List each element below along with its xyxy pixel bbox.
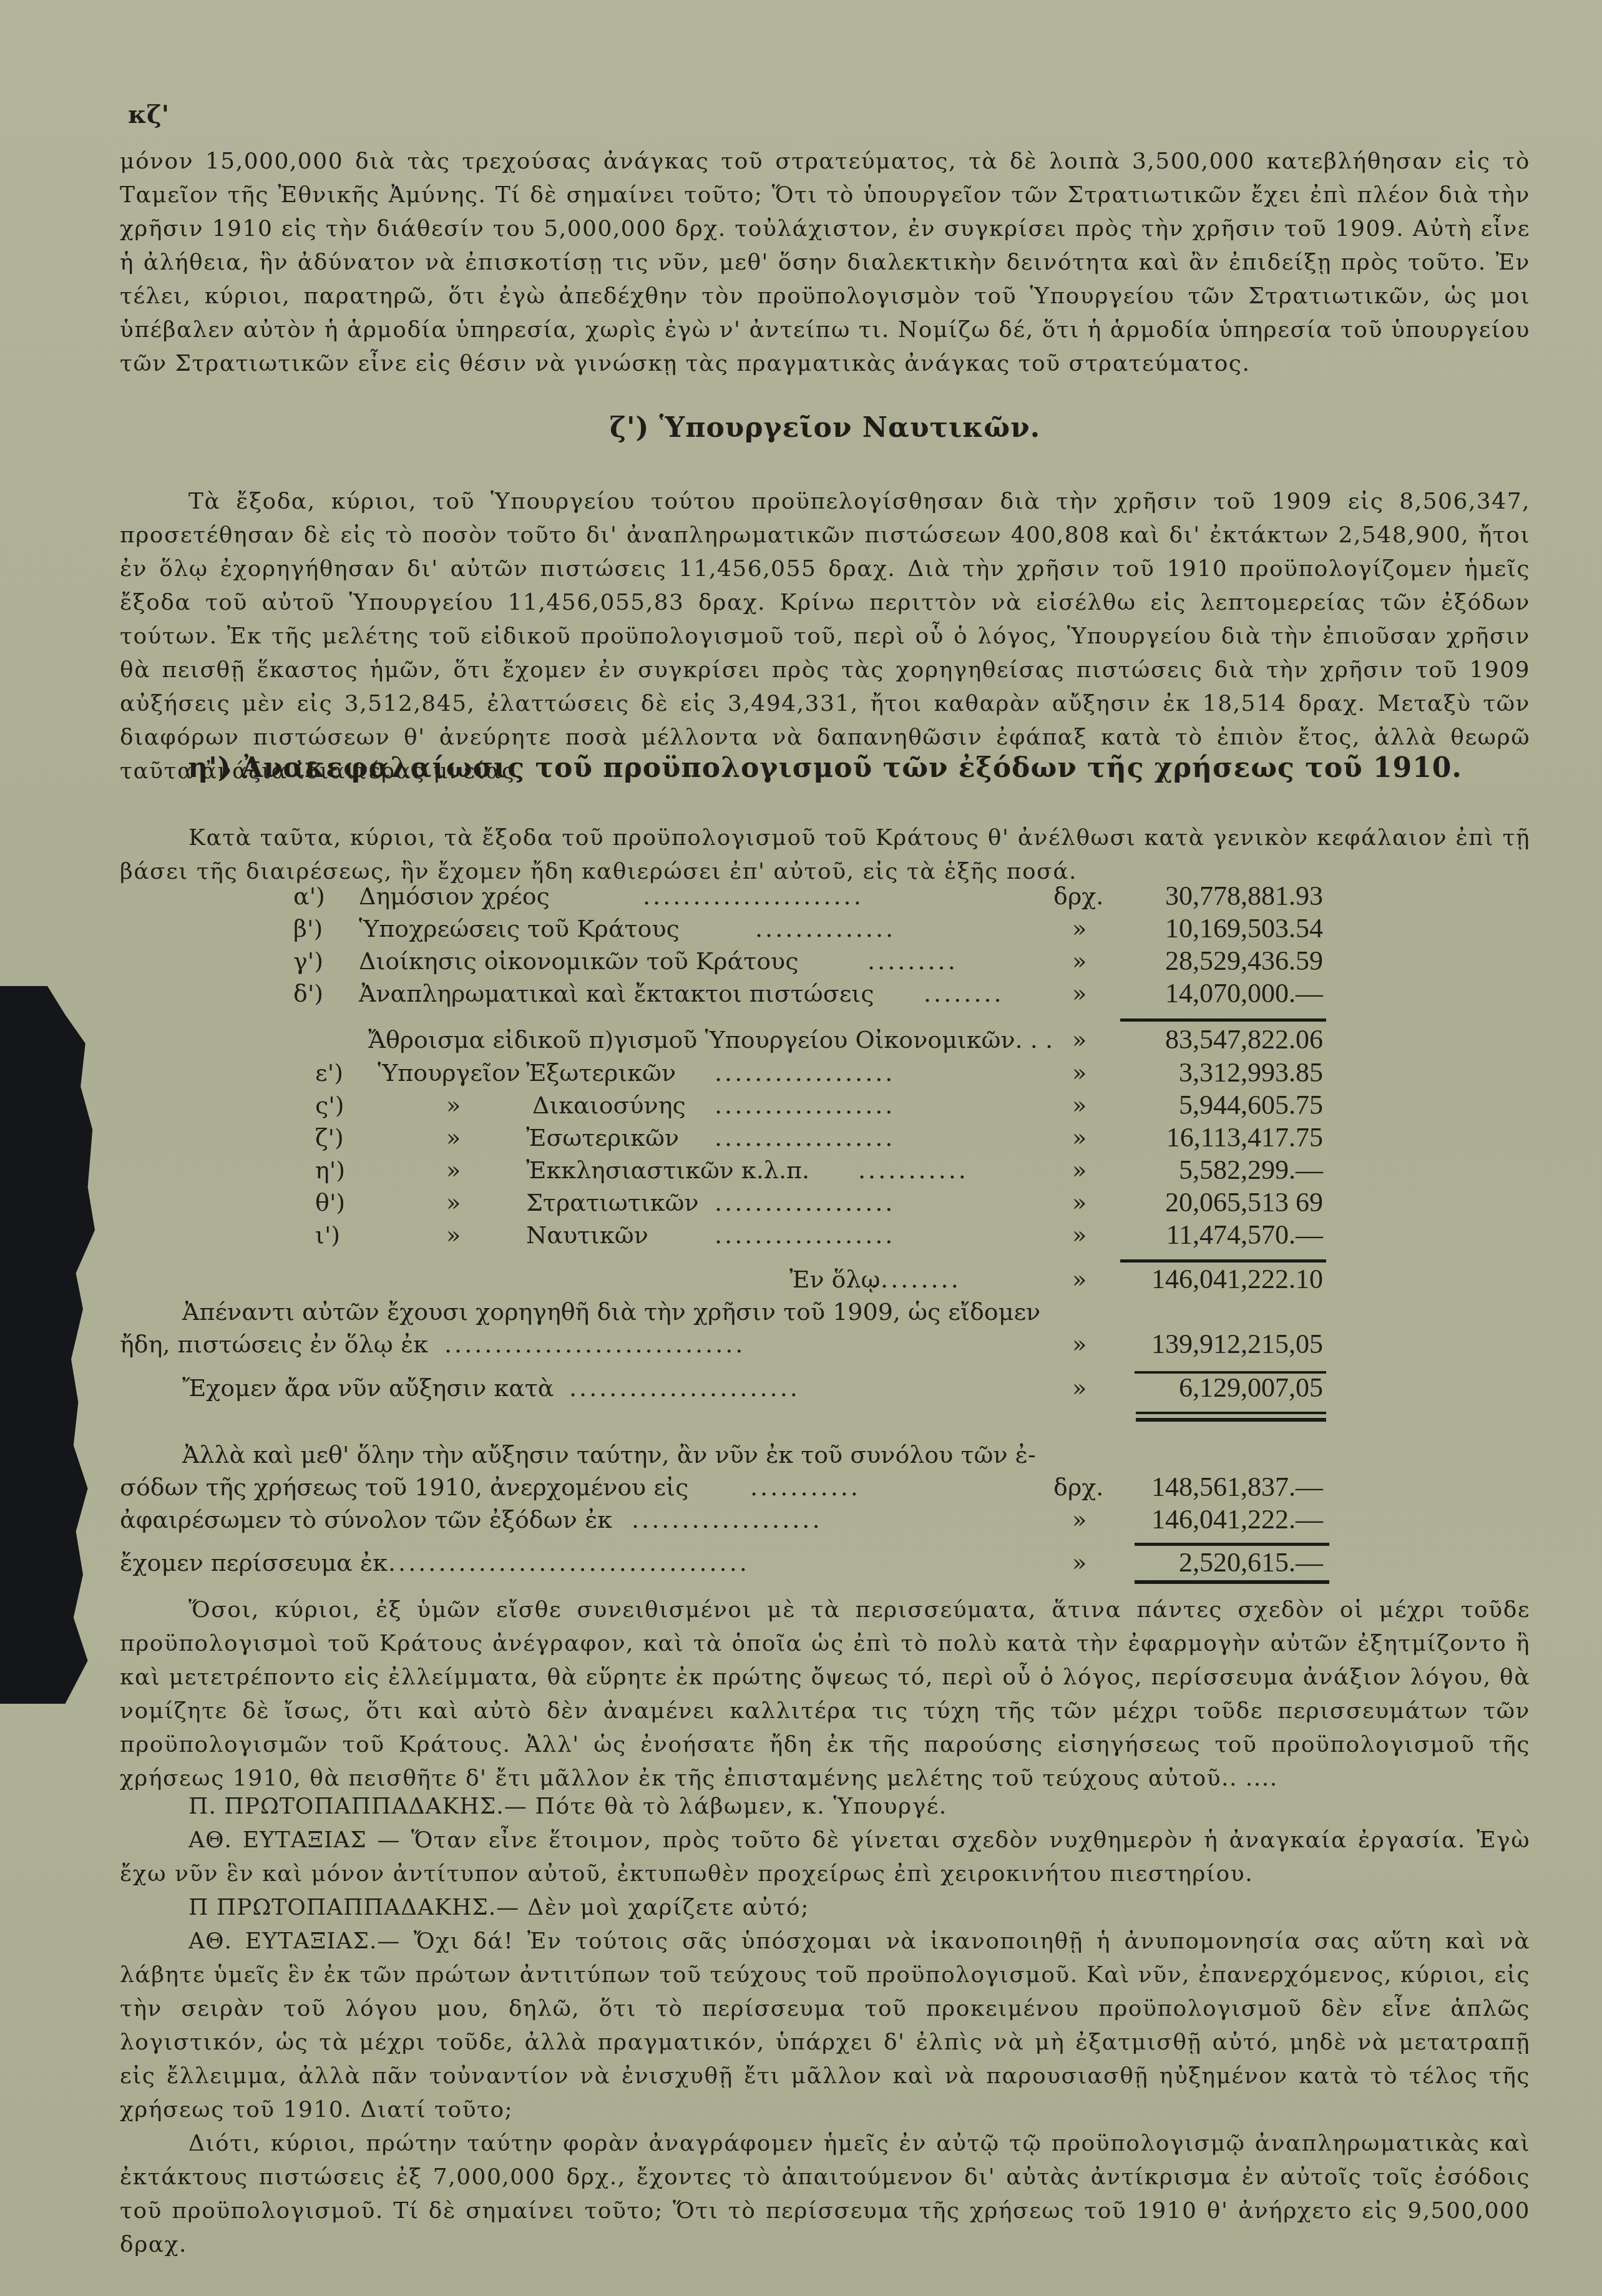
row-amount: 16,113,417.75 — [1117, 1121, 1323, 1154]
row-name: ἔχομεν περίσσευμα ἐκ — [120, 1546, 388, 1579]
row-unit: » — [1072, 1121, 1087, 1154]
dialogue-text: Ὄχι δά! Ἐν τούτοις σᾶς ὑπόσχομαι νὰ ἱκαν… — [120, 1928, 1530, 2123]
leader-dots: ...................... — [643, 880, 864, 912]
dialogue-text: Πότε θὰ τὸ λάβωμεν, κ. Ὑπουργέ. — [535, 1794, 947, 1819]
row-amount: 2,520,615.— — [1117, 1546, 1323, 1579]
row-unit: δρχ. — [1053, 1471, 1103, 1503]
row-unit: » — [1072, 945, 1087, 977]
row-amount: 10,169,503.54 — [1117, 912, 1323, 945]
row-unit: δρχ. — [1053, 880, 1103, 912]
row-label: α') — [293, 880, 325, 912]
row-amount: 30,778,881.93 — [1117, 880, 1323, 912]
leader-dots: .................. — [715, 1186, 895, 1219]
closing-paragraph: Ὅσοι, κύριοι, ἐξ ὑμῶν εἴσθε συνειθισμένο… — [120, 1593, 1530, 1795]
row-amount: 83,547,822.06 — [1117, 1023, 1323, 1056]
double-rule-top — [1136, 1412, 1326, 1414]
intro-paragraph: μόνον 15,000,000 διὰ τὰς τρεχούσας ἀνάγκ… — [120, 145, 1530, 381]
row-amount: 146,041,222.10 — [1117, 1263, 1323, 1296]
row-name: Ἔχομεν ἄρα νῦν αὔξησιν κατὰ — [182, 1372, 554, 1404]
row-prefix: » — [446, 1089, 461, 1121]
naval-paragraph: Τὰ ἔξοδα, κύριοι, τοῦ Ὑπουργείου τούτου … — [120, 485, 1530, 788]
leader-dots: ......... — [871, 1263, 961, 1296]
row-name: Ἐσωτερικῶν — [526, 1121, 679, 1154]
row-amount: 20,065,513 69 — [1117, 1186, 1323, 1219]
surplus-rule — [1135, 1543, 1329, 1546]
row-prefix: » — [446, 1154, 461, 1186]
row-amount: 28,529,436.59 — [1117, 945, 1323, 977]
row-unit: » — [1072, 1057, 1087, 1089]
row-name: Διοίκησις οἰκονομικῶν τοῦ Κράτους — [359, 945, 798, 977]
leader-dots: .................. — [715, 1121, 895, 1154]
row-name: Ἐν ὅλῳ — [789, 1263, 881, 1296]
section-naval-ministry: ζ') Ὑπουργεῖον Ναυτικῶν. Τὰ ἔξοδα, κύριο… — [120, 412, 1530, 788]
double-rule-bottom — [1136, 1418, 1326, 1422]
speaker-name: ΑΘ. ΕΥΤΑΞΙΑΣ.— — [188, 1928, 400, 1954]
total-rule — [1120, 1259, 1326, 1263]
row-name: Ὑποχρεώσεις τοῦ Κράτους — [359, 912, 680, 945]
row-name: Ἐκκλησιαστικῶν κ.λ.π. — [526, 1154, 809, 1186]
speaker-name: Π. ΠΡΩΤΟΠΑΠΠΑΔΑΚΗΣ.— — [188, 1794, 527, 1819]
row-label: ι') — [315, 1219, 340, 1251]
leader-dots: ......... — [867, 945, 958, 977]
row-label: ζ') — [315, 1121, 344, 1154]
row-amount: 148,561,837.— — [1117, 1471, 1323, 1503]
dialogue-block: Π. ΠΡΩΤΟΠΑΠΠΑΔΑΚΗΣ.— Πότε θὰ τὸ λάβωμεν,… — [120, 1790, 1530, 2262]
row-name: Δικαιοσύνης — [532, 1089, 686, 1121]
leader-dots: ........... — [750, 1471, 861, 1503]
row-name: ἀφαιρέσωμεν τὸ σύνολον τῶν ἐξόδων ἐκ — [120, 1503, 612, 1536]
row-prefix: » — [446, 1186, 461, 1219]
row-amount: 139,912,215,05 — [1117, 1328, 1323, 1361]
row-unit: » — [1072, 1546, 1087, 1579]
row-unit: » — [1072, 1023, 1087, 1056]
row-unit: » — [1072, 1263, 1087, 1296]
row-name: Στρατιωτικῶν — [526, 1186, 699, 1219]
row-name: Ναυτικῶν — [526, 1219, 648, 1251]
dialogue-text: Δὲν μοὶ χαρίζετε αὐτό; — [527, 1895, 809, 1920]
row-amount: 5,582,299.— — [1117, 1154, 1323, 1186]
row-label: ς') — [315, 1089, 344, 1121]
row-unit: » — [1072, 1503, 1087, 1536]
row-prefix: Ὑπουργεῖον — [378, 1057, 520, 1089]
row-amount: 6,129,007,05 — [1117, 1372, 1323, 1404]
row-amount: 5,944,605.75 — [1117, 1089, 1323, 1121]
row-label: ε') — [315, 1057, 343, 1089]
row-label: β') — [293, 912, 323, 945]
dialogue-line: ΑΘ. ΕΥΤΑΞΙΑΣ.— Ὄχι δά! Ἐν τούτοις σᾶς ὑπ… — [120, 1925, 1530, 2127]
row-unit: » — [1072, 1186, 1087, 1219]
row-amount: 14,070,000.— — [1117, 977, 1323, 1010]
row-label: θ') — [315, 1186, 345, 1219]
row-name: σόδων τῆς χρήσεως τοῦ 1910, ἀνερχομένου … — [120, 1471, 688, 1503]
closing-block: Ὅσοι, κύριοι, ἐξ ὑμῶν εἴσθε συνειθισμένο… — [120, 1593, 1530, 1795]
row-name: Ἄθροισμα εἰδικοῦ π)γισμοῦ Ὑπουργείου Οἰκ… — [368, 1023, 1053, 1056]
subtotal-rule — [1120, 1019, 1326, 1022]
row-unit: » — [1072, 1328, 1087, 1361]
leader-dots: ....................... — [569, 1372, 800, 1404]
section-heading-naval: ζ') Ὑπουργεῖον Ναυτικῶν. — [120, 412, 1530, 444]
row-label: δ') — [293, 977, 323, 1010]
section-heading-summary: η') Ἀνακεφαλαίωσις τοῦ προϋπολογισμοῦ τῶ… — [120, 752, 1530, 784]
row-name: Ἀναπληρωματικαὶ καὶ ἔκτακτοι πιστώσεις — [359, 977, 874, 1010]
row-unit: » — [1072, 1372, 1087, 1404]
row-prefix: » — [446, 1121, 461, 1154]
row-prefix: » — [446, 1219, 461, 1251]
speaker-name: Π ΠΡΩΤΟΠΑΠΠΑΔΑΚΗΣ.— — [188, 1895, 519, 1920]
dialogue-line: ΑΘ. ΕΥΤΑΞΙΑΣ — Ὅταν εἶνε ἕτοιμον, πρὸς τ… — [120, 1824, 1530, 1891]
intro-paragraph-block: μόνον 15,000,000 διὰ τὰς τρεχούσας ἀνάγκ… — [120, 145, 1530, 381]
leader-dots: ........ — [924, 977, 1004, 1010]
revenue-line1: Ἀλλὰ καὶ μεθ' ὅλην τὴν αὔξησιν ταύτην, ἂ… — [182, 1439, 1036, 1471]
dialogue-line: Π. ΠΡΩΤΟΠΑΠΠΑΔΑΚΗΣ.— Πότε θὰ τὸ λάβωμεν,… — [120, 1790, 1530, 1824]
row-amount: 3,312,993.85 — [1117, 1057, 1323, 1089]
row-unit: » — [1072, 912, 1087, 945]
row-name: Δημόσιον χρέος — [359, 880, 550, 912]
leader-dots: .................. — [715, 1089, 895, 1121]
speaker-name: ΑΘ. ΕΥΤΑΞΙΑΣ — — [188, 1827, 400, 1853]
row-unit: » — [1072, 1154, 1087, 1186]
row-name: Ἐξωτερικῶν — [526, 1057, 676, 1089]
leader-dots: .............. — [755, 912, 896, 945]
dialogue-line: Π ΠΡΩΤΟΠΑΠΠΑΔΑΚΗΣ.— Δὲν μοὶ χαρίζετε αὐτ… — [120, 1891, 1530, 1925]
row-label: η') — [315, 1154, 345, 1186]
page-number: κζ' — [128, 100, 169, 129]
summary-intro: Κατὰ ταῦτα, κύριοι, τὰ ἔξοδα τοῦ προϋπολ… — [120, 821, 1530, 889]
row-amount: 146,041,222.— — [1117, 1503, 1323, 1536]
row-unit: » — [1072, 1219, 1087, 1251]
row-unit: » — [1072, 977, 1087, 1010]
row-unit: » — [1072, 1089, 1087, 1121]
row-name: ἤδη, πιστώσεις ἐν ὅλῳ ἐκ — [120, 1328, 428, 1361]
leader-dots: .................. — [715, 1057, 895, 1089]
prior-year-line1: Ἀπέναντι αὐτῶν ἔχουσι χορηγηθῆ διὰ τὴν χ… — [182, 1296, 1040, 1328]
final-paragraph: Διότι, κύριοι, πρώτην ταύτην φορὰν ἀναγρ… — [120, 2127, 1530, 2262]
leader-dots: .................................... — [388, 1546, 750, 1579]
leader-dots: .............................. — [444, 1328, 745, 1361]
surplus-bottom-rule — [1135, 1580, 1329, 1584]
section-summary: η') Ἀνακεφαλαίωσις τοῦ προϋπολογισμοῦ τῶ… — [120, 752, 1530, 889]
leader-dots: .................. — [715, 1219, 895, 1251]
row-label: γ') — [293, 945, 323, 977]
leader-dots: ........... — [858, 1154, 969, 1186]
leader-dots: ................... — [632, 1503, 823, 1536]
row-amount: 11,474,570.— — [1117, 1219, 1323, 1251]
